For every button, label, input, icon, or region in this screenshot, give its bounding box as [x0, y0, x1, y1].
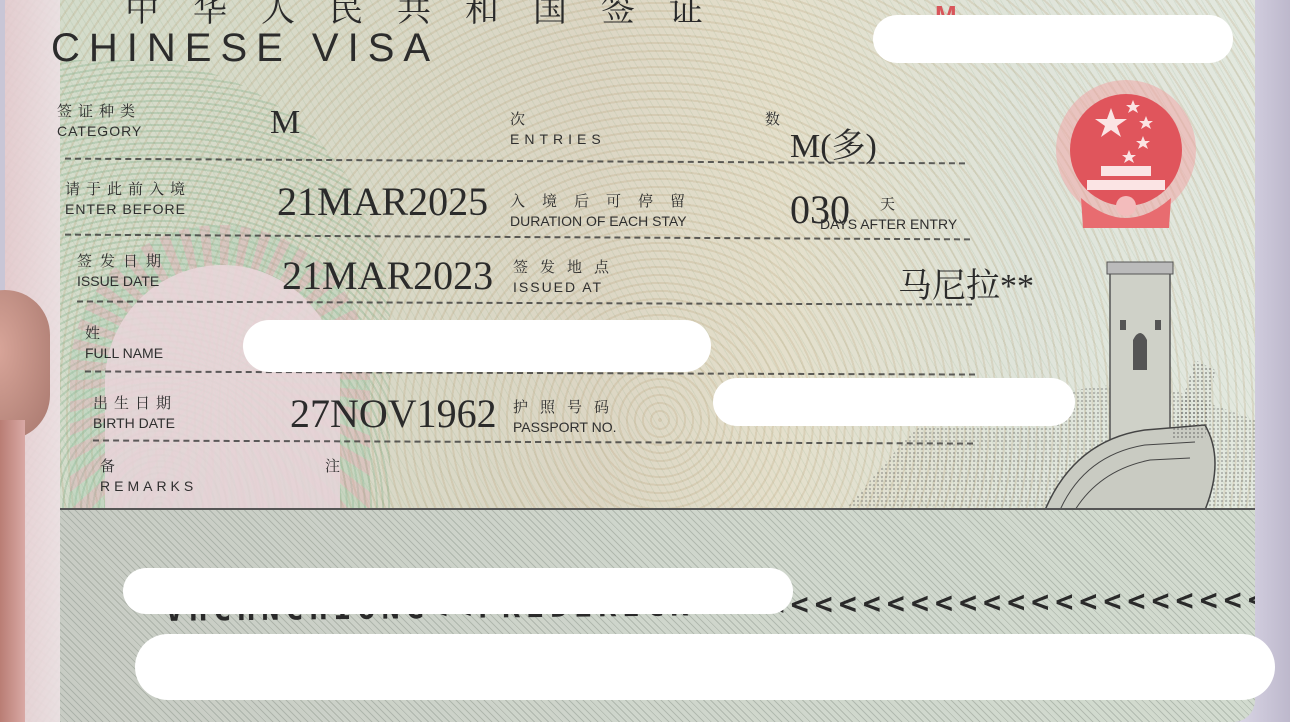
label-issue-date: 签发日期 ISSUE DATE	[77, 250, 169, 289]
value-issue-date: 21MAR2023	[282, 252, 493, 299]
label-category: 签证种类 CATEGORY	[57, 100, 142, 139]
national-emblem-icon	[1051, 78, 1201, 248]
finger-edge	[0, 420, 25, 722]
redaction-mrz-surname	[123, 568, 793, 614]
label-birth-date: 出生日期 BIRTH DATE	[93, 392, 177, 431]
redaction-mrz-line-2	[135, 634, 1275, 700]
value-entries: M(多)	[790, 118, 877, 167]
value-category: M	[270, 104, 300, 142]
value-enter-before: 21MAR2025	[277, 178, 488, 225]
label-passport-no: 护照号码 PASSPORT NO.	[513, 396, 621, 435]
label-enter-before: 请于此前入境 ENTER BEFORE	[65, 178, 191, 217]
redaction-passport-no	[713, 378, 1075, 426]
redaction-visa-number	[873, 15, 1233, 63]
label-remarks: 备 注 REMARKS	[100, 455, 400, 494]
label-duration: 入境后可停留 DURATION OF EACH STAY	[510, 190, 702, 229]
value-issued-at: 马尼拉**	[898, 258, 1034, 307]
label-issued-at: 签发地点 ISSUED AT	[513, 256, 621, 295]
redaction-full-name	[243, 320, 711, 372]
title-english: CHINESE VISA	[51, 26, 439, 71]
label-duration-unit: 天 DAYS AFTER ENTRY	[820, 193, 957, 232]
value-birth-date: 27NOV1962	[290, 390, 497, 437]
finger-thumb	[0, 290, 50, 440]
